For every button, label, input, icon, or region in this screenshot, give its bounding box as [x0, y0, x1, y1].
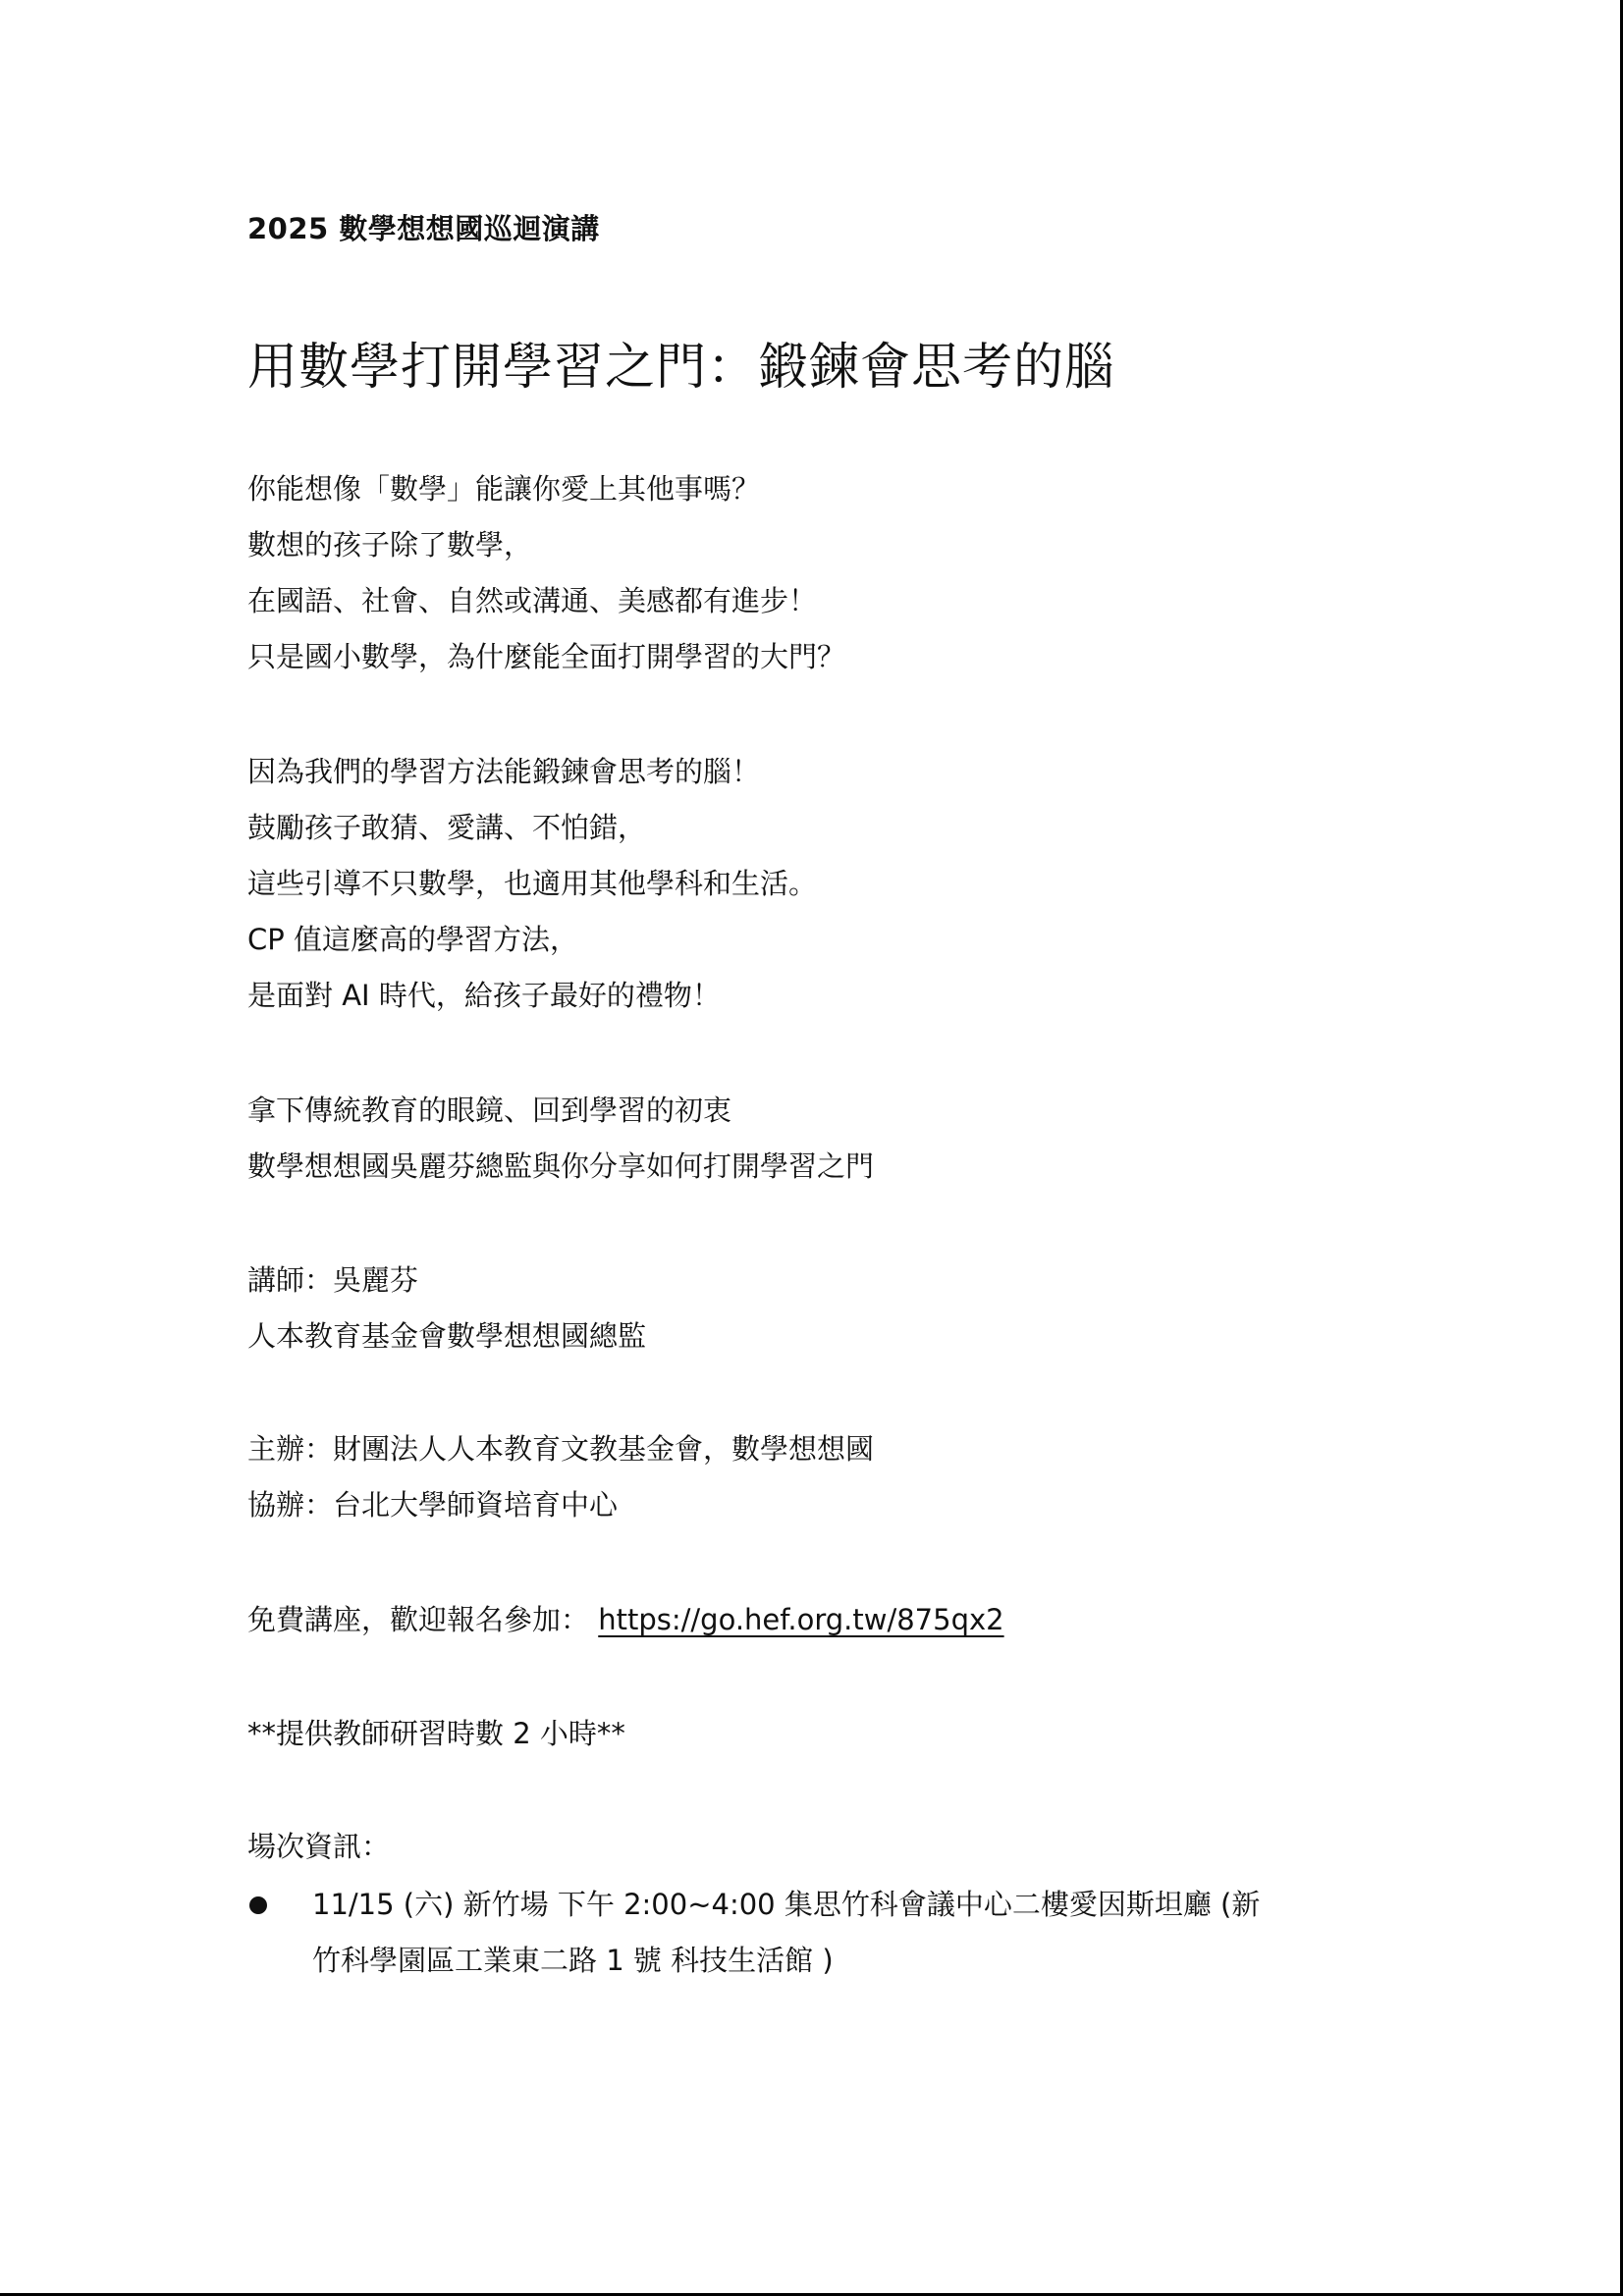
intro-paragraph: 你能想像「數學」能讓你愛上其他事嗎？ 數想的孩子除了數學， 在國語、社會、自然或…	[247, 461, 845, 685]
credit-note: **提供教師研習時數 2 小時**	[247, 1706, 625, 1762]
registration-text: 免費講座，歡迎報名參加：	[247, 1603, 589, 1636]
session-line-2: 竹科學園區工業東二路 1 號 科技生活館 )	[312, 1933, 1260, 1989]
bullet-icon	[249, 1896, 267, 1914]
co-host-organizer: 協辦：台北大學師資培育中心	[247, 1477, 874, 1533]
method-line: 這些引導不只數學，也適用其他學科和生活。	[247, 856, 817, 912]
intro-line: 數想的孩子除了數學，	[247, 517, 845, 573]
registration-link[interactable]: https://go.hef.org.tw/875qx2	[598, 1603, 1003, 1636]
session-details: 11/15 (六) 新竹場 下午 2:00~4:00 集思竹科會議中心二樓愛因斯…	[312, 1877, 1260, 1989]
speaker-role: 人本教育基金會數學想想國總監	[247, 1308, 646, 1364]
intro-line: 在國語、社會、自然或溝通、美感都有進步！	[247, 573, 845, 629]
method-line: 因為我們的學習方法能鍛鍊會思考的腦！	[247, 744, 817, 800]
session-line-1: 11/15 (六) 新竹場 下午 2:00~4:00 集思竹科會議中心二樓愛因斯…	[312, 1877, 1260, 1933]
registration-line: 免費講座，歡迎報名參加： https://go.hef.org.tw/875qx…	[247, 1592, 1004, 1648]
method-line: 鼓勵孩子敢猜、愛講、不怕錯，	[247, 800, 817, 856]
series-label: 2025 數學想想國巡迴演講	[247, 207, 600, 247]
method-line: CP 值這麼高的學習方法，	[247, 912, 817, 968]
method-paragraph: 因為我們的學習方法能鍛鍊會思考的腦！ 鼓勵孩子敢猜、愛講、不怕錯， 這些引導不只…	[247, 744, 817, 1024]
invite-paragraph: 拿下傳統教育的眼鏡、回到學習的初衷 數學想想國吳麗芬總監與你分享如何打開學習之門	[247, 1083, 874, 1195]
page-title: 用數學打開學習之門：鍛鍊會思考的腦	[247, 326, 1115, 399]
intro-line: 只是國小數學，為什麼能全面打開學習的大門？	[247, 629, 845, 685]
organizers-section: 主辦：財團法人人本教育文教基金會，數學想想國 協辦：台北大學師資培育中心	[247, 1421, 874, 1533]
host-organizer: 主辦：財團法人人本教育文教基金會，數學想想國	[247, 1421, 874, 1477]
sessions-heading: 場次資訊：	[247, 1819, 390, 1875]
invite-line: 數學想想國吳麗芬總監與你分享如何打開學習之門	[247, 1139, 874, 1195]
invite-line: 拿下傳統教育的眼鏡、回到學習的初衷	[247, 1083, 874, 1139]
speaker-section: 講師：吳麗芬 人本教育基金會數學想想國總監	[247, 1253, 646, 1364]
intro-line: 你能想像「數學」能讓你愛上其他事嗎？	[247, 461, 845, 517]
method-line: 是面對 AI 時代，給孩子最好的禮物！	[247, 968, 817, 1024]
credit-note-text: **提供教師研習時數 2 小時**	[247, 1706, 625, 1762]
speaker-name: 講師：吳麗芬	[247, 1253, 646, 1308]
sessions-heading-text: 場次資訊：	[247, 1819, 390, 1875]
